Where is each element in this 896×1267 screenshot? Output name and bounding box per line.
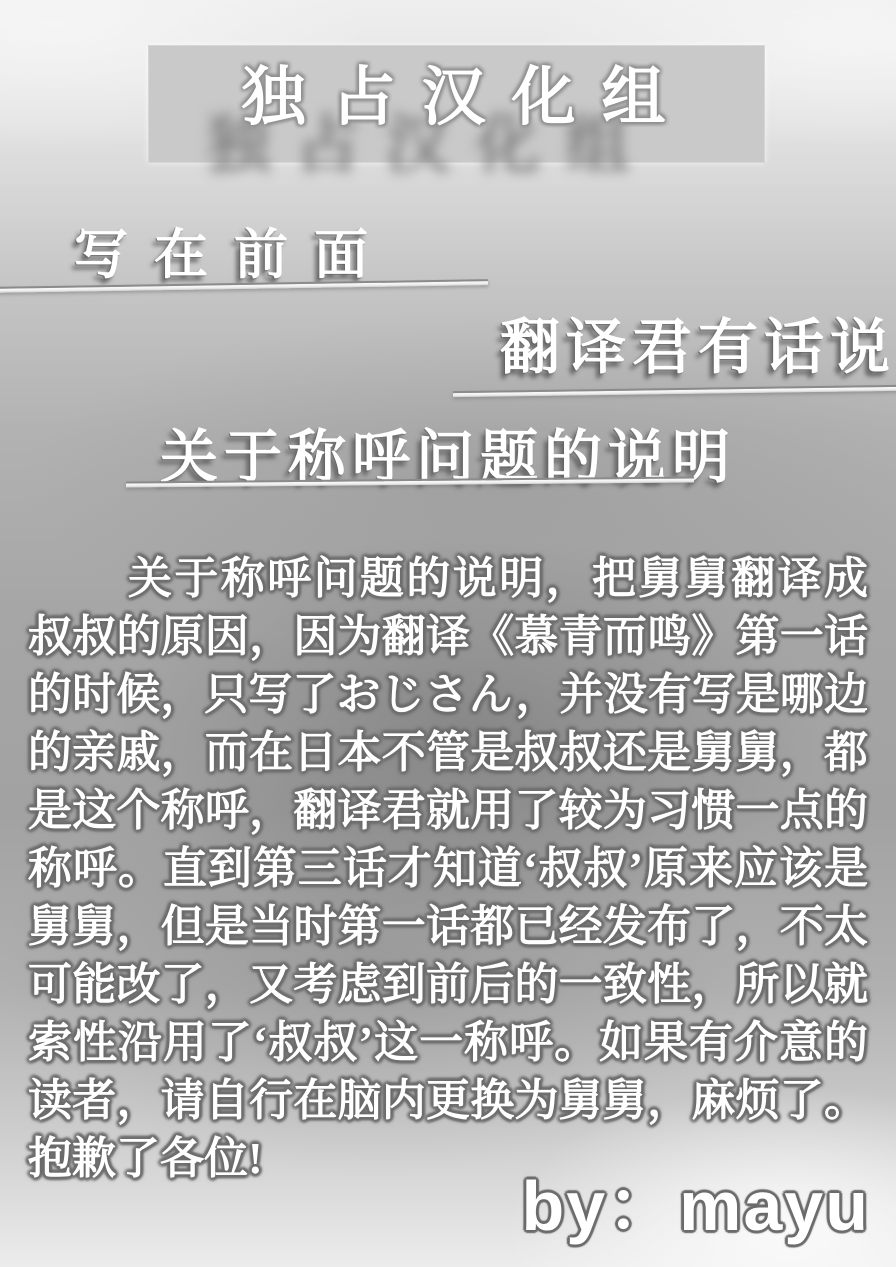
group-title: 独占汉化组: [242, 46, 692, 138]
heading-foreword: 写在前面: [74, 212, 394, 289]
translator-note-page: { "banner": { "title": "独占汉化组" }, "headi…: [0, 0, 896, 1267]
author-credit: by：mayu: [521, 1150, 870, 1251]
divider-translator-note: [453, 385, 896, 397]
heading-translator-note: 翻译君有话说: [500, 300, 896, 386]
scanlation-group-banner: 独占汉化组 独占汉化组: [148, 45, 765, 163]
note-paragraph: 关于称呼问题的说明，把舅舅翻译成叔叔的原因，因为翻译《慕青而鸣》第一话的时候，只…: [28, 550, 868, 1188]
